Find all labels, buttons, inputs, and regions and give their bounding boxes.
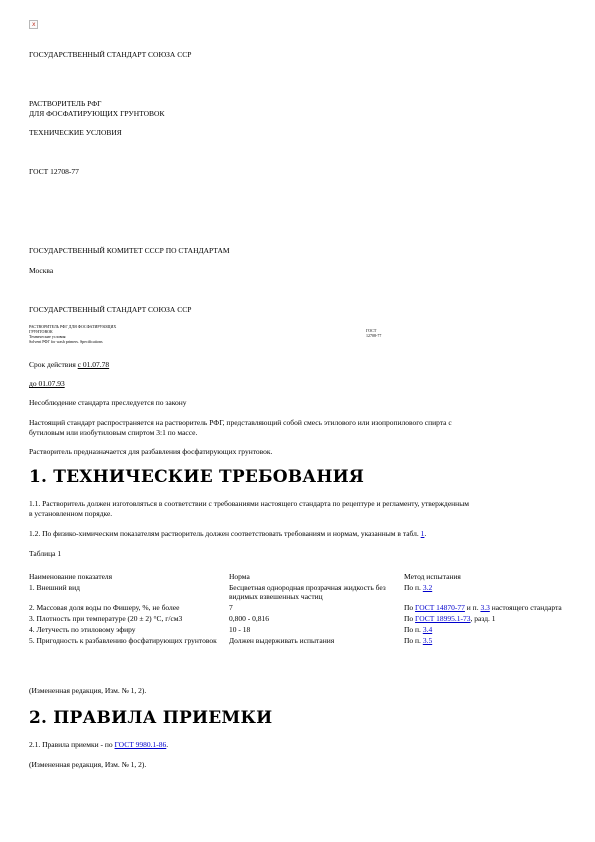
gost-link[interactable]: ГОСТ 9980.1-86 [115,740,167,749]
table-header-row: Наименование показателя Норма Метод испы… [29,572,574,583]
section1-edition-note: (Измененная редакция, Изм. № 1, 2). [29,686,146,695]
doc-title-line1: РАСТВОРИТЕЛЬ РФГ [29,99,101,108]
clause-link[interactable]: 3.2 [423,583,432,592]
standard-header: ГОСУДАРСТВЕННЫЙ СТАНДАРТ СОЮЗА ССР [29,50,191,59]
table-row: 4. Летучесть по этиловому эфиру 10 - 18 … [29,625,574,636]
table-row: 3. Плотность при температуре (20 ± 2) °С… [29,614,574,625]
clause-link[interactable]: 3.5 [423,636,432,645]
gost-link[interactable]: ГОСТ 14870-77 [415,603,465,612]
section2-heading: 2. ПРАВИЛА ПРИЕМКИ [29,708,272,728]
header-table-left: РАСТВОРИТЕЛЬ РФГ ДЛЯ ФОСФАТИРУЮЩИХ ГРУНТ… [29,324,116,344]
header-gost-number: 12708-77 [366,333,381,338]
standard-header-2: ГОСУДАРСТВЕННЫЙ СТАНДАРТ СОЮЗА ССР [29,305,191,314]
doc-spec: ТЕХНИЧЕСКИЕ УСЛОВИЯ [29,128,122,137]
table-row: 2. Массовая доля воды по Фишеру, %, не б… [29,603,574,614]
validity-from-date: с 01.07.78 [78,360,109,369]
section2-edition-note: (Измененная редакция, Изм. № 1, 2). [29,760,146,769]
col-header-method: Метод испытания [404,572,574,583]
validity-from: Срок действия с 01.07.78 [29,360,109,369]
gost-link[interactable]: ГОСТ 18995.1-73 [415,614,471,623]
intro-para2: Растворитель предназначается для разбавл… [29,447,272,456]
city: Москва [29,266,53,275]
table-caption: Таблица 1 [29,549,61,558]
col-header-norm: Норма [229,572,404,583]
section1-p1-line1: 1.1. Растворитель должен изготовляться в… [29,499,469,508]
doc-title-line2: ДЛЯ ФОСФАТИРУЮЩИХ ГРУНТОВОК [29,109,164,118]
section1-heading: 1. ТЕХНИЧЕСКИЕ ТРЕБОВАНИЯ [29,467,364,487]
gost-number: ГОСТ 12708-77 [29,167,79,176]
header-title-en: Solvent РФГ for wash primers. Specificat… [29,339,116,344]
committee: ГОСУДАРСТВЕННЫЙ КОМИТЕТ СССР ПО СТАНДАРТ… [29,246,230,255]
col-header-name: Наименование показателя [29,572,229,583]
section2-p1: 2.1. Правила приемки - по ГОСТ 9980.1-86… [29,740,168,749]
broken-image-icon: x [29,20,38,29]
requirements-table: Наименование показателя Норма Метод испы… [29,572,574,647]
intro-para1-line1: Настоящий стандарт распространяется на р… [29,418,452,427]
table-row: 5. Пригодность к разбавлению фосфатирующ… [29,636,574,647]
clause-link[interactable]: 3.3 [480,603,489,612]
law-note: Несоблюдение стандарта преследуется по з… [29,398,187,407]
clause-link[interactable]: 3.4 [423,625,432,634]
section1-p1-line2: в установленном порядке. [29,509,112,518]
intro-para1-line2: бутиловым или изобутиловым спиртом 3:1 п… [29,428,197,437]
validity-to: до 01.07.93 [29,379,65,388]
table-row: 1. Внешний вид Бесцветная однородная про… [29,583,574,603]
header-table-right: ГОСТ 12708-77 [366,328,381,338]
section1-p2: 1.2. По физико-химическим показателям ра… [29,529,426,538]
